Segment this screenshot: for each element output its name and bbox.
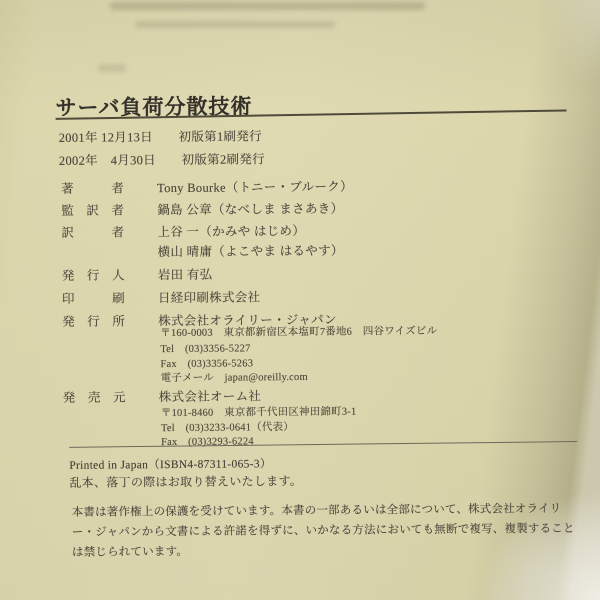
- edition-line-first-printing: 2001年 12月13日 初版第1刷発行: [59, 126, 262, 146]
- publisher-tel: Tel (03)3356-5227: [160, 340, 250, 356]
- credit-value: 鍋島 公章（なべしま まさあき）: [157, 199, 343, 218]
- credit-row-translator-2: 横山 晴庸（よこやま はるやす）: [62, 239, 600, 259]
- credit-value: 日経印刷株式会社: [158, 287, 261, 306]
- credit-label: 著者: [61, 178, 124, 196]
- replacement-notice: 乱本、落丁の際はお取り替えいたします。: [69, 472, 302, 491]
- credit-label: 印刷: [62, 288, 125, 306]
- credit-value: 株式会社オーム社: [159, 386, 262, 405]
- credit-label: 発行所: [62, 311, 125, 329]
- credit-label: 監訳者: [61, 200, 124, 218]
- edition-line-second-printing: 2002年 4月30日 初版第2刷発行: [59, 149, 265, 169]
- credit-row-supervising-translator: 監訳者 鍋島 公章（なべしま まさあき）: [61, 197, 599, 217]
- section-rule: [69, 441, 577, 448]
- credit-row-publisher-person: 発行人 岩田 有弘: [62, 262, 600, 282]
- photo-backdrop: サーバ負荷分散技術 2001年 12月13日 初版第1刷発行 2002年 4月3…: [0, 0, 600, 600]
- distributor-fax: Fax (03)3293-6224: [161, 433, 254, 449]
- credit-label: 訳者: [61, 222, 124, 240]
- credit-row-translator: 訳者 上谷 一（かみや はじめ）: [61, 219, 599, 239]
- credit-value: 岩田 有弘: [158, 265, 213, 283]
- credit-label: 発売元: [63, 387, 126, 405]
- colophon-content: サーバ負荷分散技術 2001年 12月13日 初版第1刷発行 2002年 4月3…: [0, 0, 600, 600]
- copyright-paragraph: 本書は著作権上の保護を受けています。本書の一部あるいは全部について、株式会社オラ…: [72, 499, 579, 563]
- credit-value: 上谷 一（かみや はじめ）: [157, 221, 305, 240]
- credit-label: 発行人: [62, 265, 125, 283]
- credit-row-distributor: 発売元 株式会社オーム社: [63, 384, 600, 404]
- printed-in-japan-isbn-line: Printed in Japan（ISBN4-87311-065-3）: [69, 455, 271, 473]
- publisher-email: 電子メール japan@oreilly.com: [161, 369, 308, 385]
- credit-row-author: 著者 Tony Bourke（トニー・ブルーク）: [61, 175, 599, 195]
- book-colophon-page: サーバ負荷分散技術 2001年 12月13日 初版第1刷発行 2002年 4月3…: [0, 0, 600, 600]
- credit-value: Tony Bourke（トニー・ブルーク）: [157, 177, 353, 197]
- credit-value: 横山 晴庸（よこやま はるやす）: [158, 241, 344, 260]
- distributor-address: 〒101-8460 東京都千代田区神田錦町3-1: [161, 404, 357, 421]
- credit-row-printer: 印刷 日経印刷株式会社: [62, 285, 600, 305]
- publisher-address: 〒160-0003 東京都新宿区本塩町7番地6 四谷ワイズビル: [160, 323, 437, 340]
